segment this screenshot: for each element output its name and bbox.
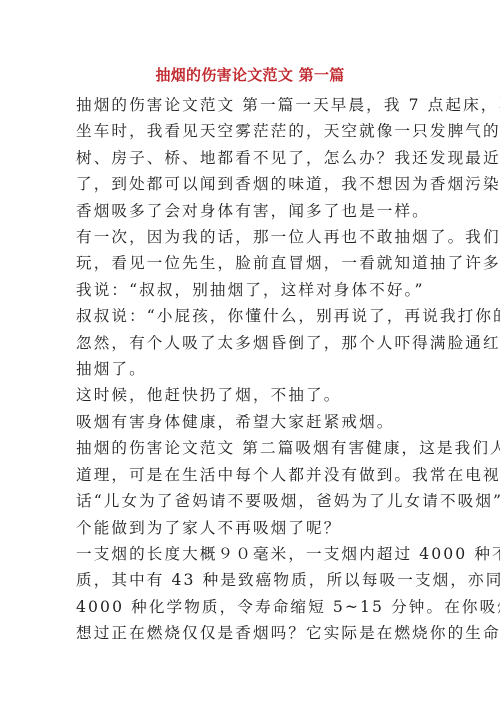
- text-line: 个能做到为了家人不再吸烟了呢？: [76, 515, 428, 541]
- text-line: 吸烟有害身体健康，希望大家赶紧戒烟。: [76, 409, 428, 435]
- text-line: 香烟吸多了会对身体有害，闻多了也是一样。: [76, 198, 428, 224]
- document-title: 抽烟的伤害论文范文 第一篇: [0, 64, 500, 85]
- text-line: 我说：“叔叔，别抽烟了，这样对身体不好。”: [76, 277, 428, 303]
- text-line: 叔叔说：“小屁孩，你懂什么，别再说了，再说我打你的！”: [76, 303, 428, 329]
- text-line: 抽烟了。: [76, 356, 428, 382]
- text-line: 话“儿女为了爸妈请不要吸烟，爸妈为了儿女请不吸烟”。可是有几: [76, 488, 428, 514]
- text-line: 忽然，有个人吸了太多烟昏倒了，那个人吓得满脸通红，再也不敢: [76, 330, 428, 356]
- document-body: 抽烟的伤害论文范文 第一篇一天早晨，我 7 点起床，准备去玩。 坐车时，我看见天…: [76, 92, 428, 647]
- text-line: 一支烟的长度大概９０毫米，一支烟内超过 4000 种不同的化学物: [76, 541, 428, 567]
- document-page: 抽烟的伤害论文范文 第一篇 抽烟的伤害论文范文 第一篇一天早晨，我 7 点起床，…: [0, 0, 500, 707]
- text-line: 抽烟的伤害论文范文 第二篇吸烟有害健康，这是我们人人都明白的: [76, 435, 428, 461]
- text-line: 了，到处都可以闻到香烟的味道，我不想因为香烟污染环境，还有: [76, 171, 428, 197]
- text-line: 坐车时，我看见天空雾茫茫的，天空就像一只发脾气的大老虎。连: [76, 118, 428, 144]
- text-line: 道理，可是在生活中每个人都并没有做到。我常在电视上看到过句: [76, 462, 428, 488]
- text-line: 抽烟的伤害论文范文 第一篇一天早晨，我 7 点起床，准备去玩。: [76, 92, 428, 118]
- text-line: 有一次，因为我的话，那一位人再也不敢抽烟了。我们坐车去公园: [76, 224, 428, 250]
- text-line: 玩，看见一位先生，脸前直冒烟，一看就知道抽了许多烟。: [76, 250, 428, 276]
- text-line: 质，其中有 43 种是致癌物质，所以每吸一支烟，亦同时吸入这: [76, 567, 428, 593]
- text-line: 树、房子、桥、地都看不见了，怎么办？我还发现最近，车也变多: [76, 145, 428, 171]
- text-line: 4000 种化学物质，令寿命缩短 5~15 分钟。在你吸烟的同时你是否: [76, 594, 428, 620]
- text-line: 想过正在燃烧仅仅是香烟吗？它实际是在燃烧你的生命，它在消耗: [76, 620, 428, 646]
- text-line: 这时候，他赶快扔了烟，不抽了。: [76, 382, 428, 408]
